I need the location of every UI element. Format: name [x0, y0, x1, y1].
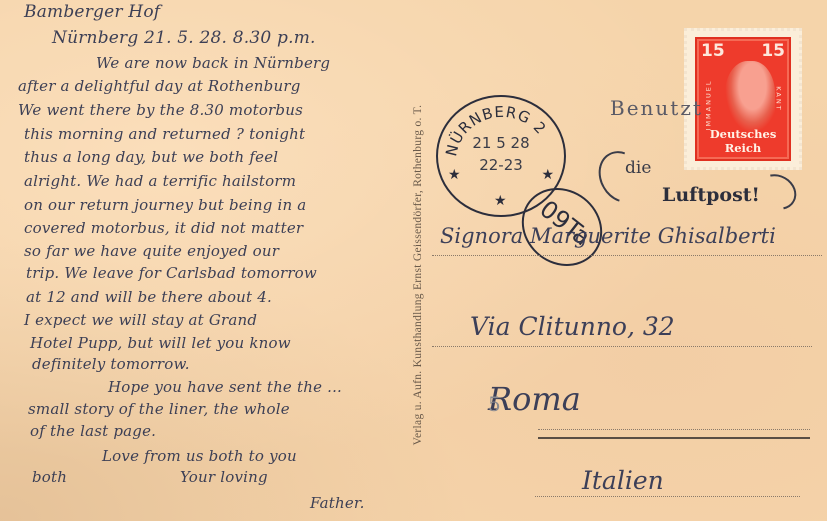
message-line: this morning and returned ? tonight — [24, 125, 305, 143]
message-line: thus a long day, but we both feel — [24, 148, 278, 166]
stamp-side-text-right: KANT — [774, 86, 782, 111]
message-line: on our return journey but being in a — [24, 196, 306, 214]
heading-dateline: Nürnberg 21. 5. 28. 8.30 p.m. — [52, 28, 316, 48]
message-line: both — [32, 468, 67, 486]
message-line: definitely tomorrow. — [32, 355, 190, 373]
stamp-value-right: 15 — [761, 41, 785, 61]
message-line: so far we have quite enjoyed our — [24, 242, 279, 260]
postcard: Bamberger Hof Nürnberg 21. 5. 28. 8.30 p… — [0, 0, 827, 521]
stamp-side-text-left: IMMANUEL — [704, 80, 712, 131]
publisher-imprint: Verlag u. Aufn. Kunsthandlung Ernst Geis… — [412, 105, 424, 446]
message-line: Hope you have sent the the ... — [108, 378, 342, 396]
slogan-line-1: Benutzt — [610, 96, 703, 120]
address-line — [432, 346, 812, 347]
address-street: Via Clitunno, 32 — [470, 312, 675, 341]
stamp-value-left: 15 — [701, 41, 725, 61]
address-line — [432, 255, 822, 256]
postmark-date: 21 5 28 — [438, 134, 564, 152]
message-line: Love from us both to you — [102, 447, 297, 465]
address-line — [538, 429, 810, 430]
address-line — [535, 496, 800, 497]
slogan-line-3: Luftpost! — [662, 184, 760, 206]
signature: Father. — [310, 494, 365, 512]
message-line: alright. We had a terrific hailstorm — [24, 172, 296, 190]
message-line: Hotel Pupp, but will let you know — [30, 334, 291, 352]
message-line: trip. We leave for Carlsbad tomorrow — [26, 264, 317, 282]
message-line: small story of the liner, the whole — [28, 400, 290, 418]
stamp-face: 15 15 IMMANUEL KANT Deutsches Reich — [695, 37, 791, 161]
star-icon: ★ — [541, 167, 554, 183]
pencil-mark: 5 — [488, 392, 501, 416]
address-underline — [538, 437, 810, 439]
address-city: Roma — [488, 380, 581, 418]
star-icon: ★ — [448, 167, 461, 183]
message-line: I expect we will stay at Grand — [24, 311, 257, 329]
stamp-country: Deutsches Reich — [697, 127, 789, 155]
message-line: covered motorbus, it did not matter — [24, 219, 303, 237]
heading-place: Bamberger Hof — [24, 2, 160, 22]
recipient-name: Signora Marguerite Ghisalberti — [440, 224, 776, 248]
message-line: of the last page. — [30, 422, 156, 440]
star-icon: ★ — [494, 193, 507, 209]
message-line: We are now back in Nürnberg — [96, 54, 330, 72]
message-line: after a delightful day at Rothenburg — [18, 77, 301, 95]
slogan-line-2: die — [625, 158, 651, 178]
message-line: We went there by the 8.30 motorbus — [18, 101, 303, 119]
kant-portrait-icon — [725, 61, 775, 133]
address-country: Italien — [582, 466, 664, 495]
closing: Your loving — [180, 468, 268, 486]
message-line: at 12 and will be there about 4. — [26, 288, 272, 306]
